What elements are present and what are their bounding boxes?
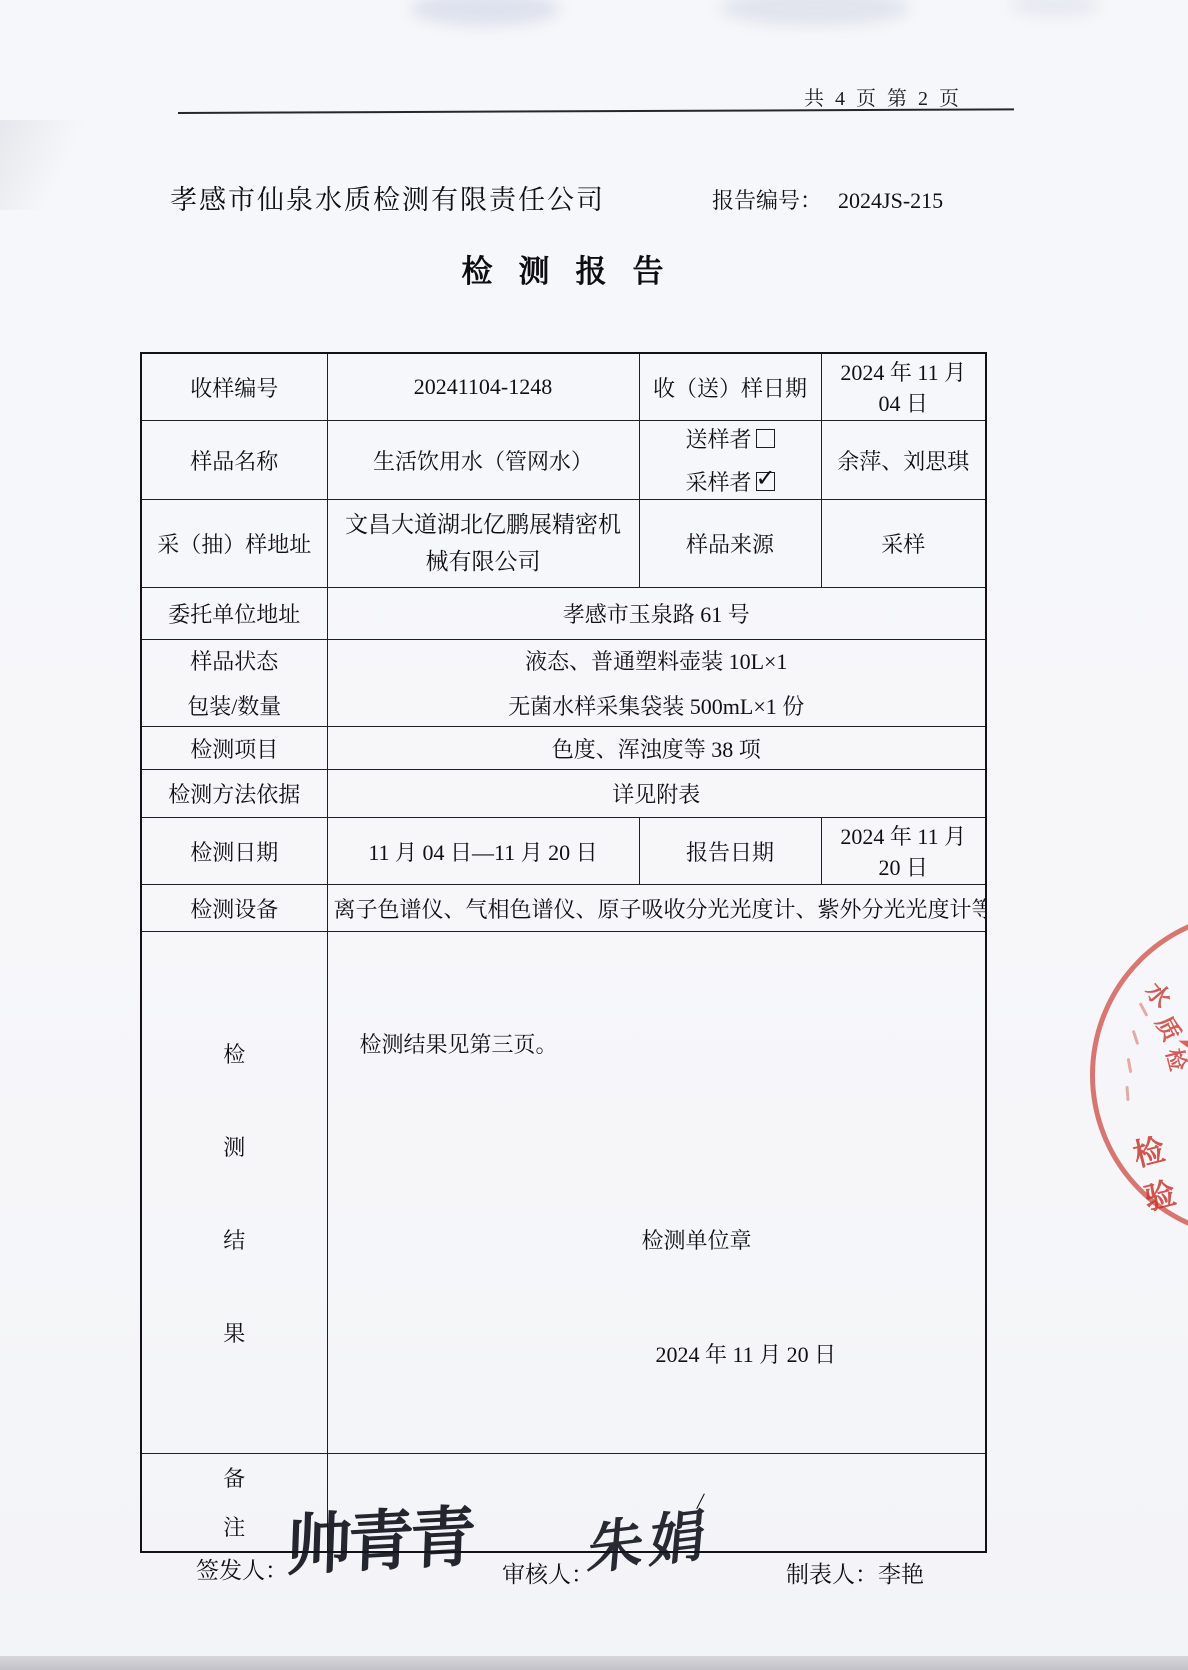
reviewer-label: 审核人： (502, 1556, 594, 1589)
report-number-value: 2024JS-215 (838, 188, 943, 213)
test-method-value: 详见附表 (327, 770, 986, 818)
scan-smudge (720, 0, 910, 26)
client-address-value: 孝感市玉泉路 61 号 (327, 588, 986, 640)
scan-smudge (1010, 0, 1100, 16)
issuer-signature: 帅青青 (284, 1483, 473, 1588)
page-title: 检测报告 (140, 246, 985, 291)
table-row: 检测方法依据 详见附表 (141, 770, 986, 818)
sampling-address-label: 采（抽）样地址 (141, 500, 327, 588)
sampling-address-value: 文昌大道湖北亿鹏展精密机 械有限公司 (327, 500, 639, 588)
sender-checkbox-unchecked (756, 429, 775, 448)
equipment-label: 检测设备 (141, 885, 327, 932)
scan-corner-shadow (0, 120, 140, 210)
reviewer-signature: 朱娟 (585, 1490, 715, 1587)
sample-source-value: 采样 (821, 500, 986, 588)
table-row: 检测设备 离子色谱仪、气相色谱仪、原子吸收分光光度计、紫外分光光度计等。 (141, 885, 986, 932)
scan-bottom-edge (0, 1656, 1188, 1670)
table-row: 检 测 结 果 检测结果见第三页。 检测单位章 2024 年 11 月 20 日 (141, 932, 986, 1454)
sender-label: 送样者 (685, 423, 751, 454)
sampler-type-cell: 送样者 采样者 (639, 421, 821, 500)
sample-name-value: 生活饮用水（管网水） (327, 421, 639, 500)
test-date-label: 检测日期 (141, 818, 327, 885)
table-row: 样品名称 生活饮用水（管网水） 送样者 采样者 余萍、刘思琪 (141, 421, 986, 500)
table-row: 样品状态 包装/数量 液态、普通塑料壶装 10L×1 无菌水样采集袋装 500m… (141, 640, 986, 727)
page-number: 共 4 页 第 2 页 (804, 82, 962, 111)
report-date-value: 2024 年 11 月 20 日 (821, 818, 986, 885)
result-note: 检测结果见第三页。 (360, 1028, 558, 1059)
report-number: 报告编号：2024JS-215 (712, 184, 943, 215)
sample-no-label: 收样编号 (141, 353, 327, 421)
test-date-value: 11 月 04 日—11 月 20 日 (327, 818, 639, 885)
preparer-label: 制表人： (786, 1562, 878, 1587)
sample-name-label: 样品名称 (141, 421, 327, 500)
result-cell: 检测结果见第三页。 检测单位章 2024 年 11 月 20 日 (327, 932, 986, 1454)
test-items-value: 色度、浑浊度等 38 项 (327, 727, 986, 770)
sampler-label: 采样者 (685, 466, 751, 497)
table-row: 检测日期 11 月 04 日—11 月 20 日 报告日期 2024 年 11 … (141, 818, 986, 885)
scan-smudge (410, 0, 560, 26)
result-date: 2024 年 11 月 20 日 (656, 1338, 837, 1369)
sample-no-value: 20241104-1248 (327, 353, 639, 421)
company-name: 孝感市仙泉水质检测有限责任公司 (170, 178, 605, 217)
sample-source-label: 样品来源 (639, 500, 821, 588)
test-items-label: 检测项目 (141, 727, 327, 770)
receive-date-value: 2024 年 11 月 04 日 (821, 353, 986, 421)
sample-state-label: 样品状态 包装/数量 (141, 640, 327, 727)
issuer-label: 签发人： (196, 1552, 288, 1585)
receive-date-label: 收（送）样日期 (639, 353, 821, 421)
report-number-label: 报告编号： (712, 188, 822, 213)
header-rule (178, 108, 1014, 114)
sample-state-value: 液态、普通塑料壶装 10L×1 无菌水样采集袋装 500mL×1 份 (327, 640, 986, 727)
table-row: 采（抽）样地址 文昌大道湖北亿鹏展精密机 械有限公司 样品来源 采样 (141, 500, 986, 588)
seal-bottom-text: 检验 (1128, 1119, 1188, 1218)
client-address-label: 委托单位地址 (141, 588, 327, 640)
preparer-label-value: 制表人：李艳 (786, 1556, 924, 1589)
scanned-report-page: 共 4 页 第 2 页 孝感市仙泉水质检测有限责任公司 报告编号：2024JS-… (0, 0, 1188, 1670)
test-method-label: 检测方法依据 (141, 770, 327, 818)
preparer-name: 李艳 (878, 1562, 924, 1587)
report-table: 收样编号 20241104-1248 收（送）样日期 2024 年 11 月 0… (140, 352, 987, 1553)
table-row: 收样编号 20241104-1248 收（送）样日期 2024 年 11 月 0… (141, 353, 986, 421)
sampler-checkbox-checked (756, 472, 775, 491)
report-date-label: 报告日期 (639, 818, 821, 885)
table-row: 备 注 / (141, 1454, 986, 1552)
seal-here-label: 检测单位章 (642, 1224, 752, 1255)
sampler-names: 余萍、刘思琪 (821, 421, 986, 500)
equipment-value: 离子色谱仪、气相色谱仪、原子吸收分光光度计、紫外分光光度计等。 (327, 885, 986, 932)
table-row: 委托单位地址 孝感市玉泉路 61 号 (141, 588, 986, 640)
table-row: 检测项目 色度、浑浊度等 38 项 (141, 727, 986, 770)
result-label: 检 测 结 果 (141, 932, 327, 1454)
